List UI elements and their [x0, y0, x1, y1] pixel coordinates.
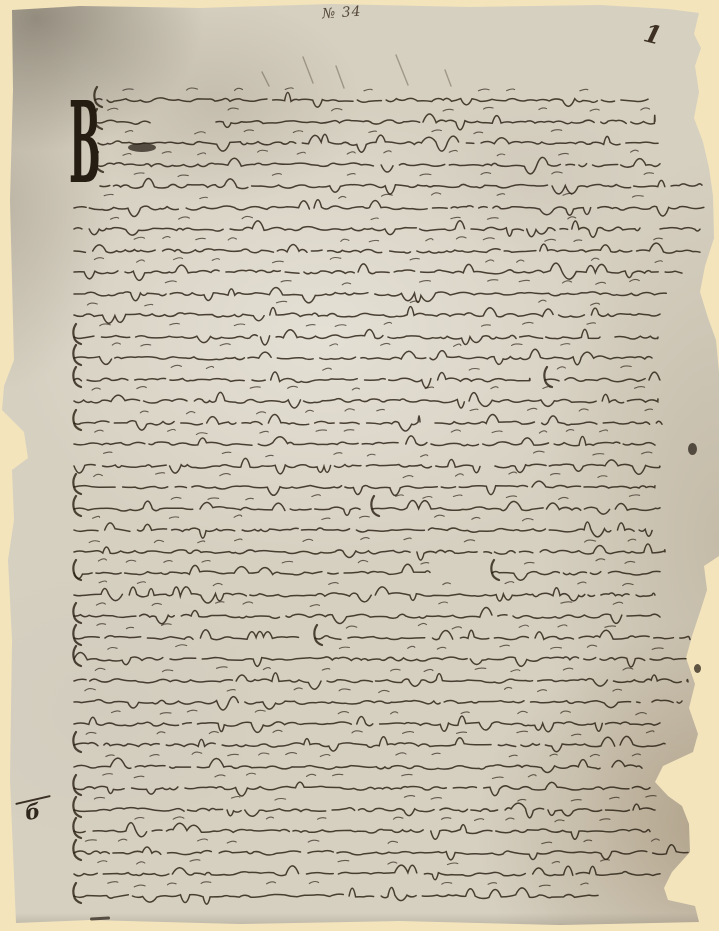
catalog-number-annotation: № 34 [321, 4, 362, 23]
capital-flourish-strokes [73, 87, 552, 903]
ink-blot [688, 443, 697, 455]
handwriting-ink-layer [0, 0, 719, 931]
stray-pen-marks [262, 55, 451, 88]
initial-letter: В [69, 90, 101, 202]
ink-blot [128, 143, 156, 152]
ink-blot [694, 664, 701, 673]
manuscript-scan: № 34 1 В б [0, 0, 719, 931]
body-text-strokes [74, 93, 704, 905]
